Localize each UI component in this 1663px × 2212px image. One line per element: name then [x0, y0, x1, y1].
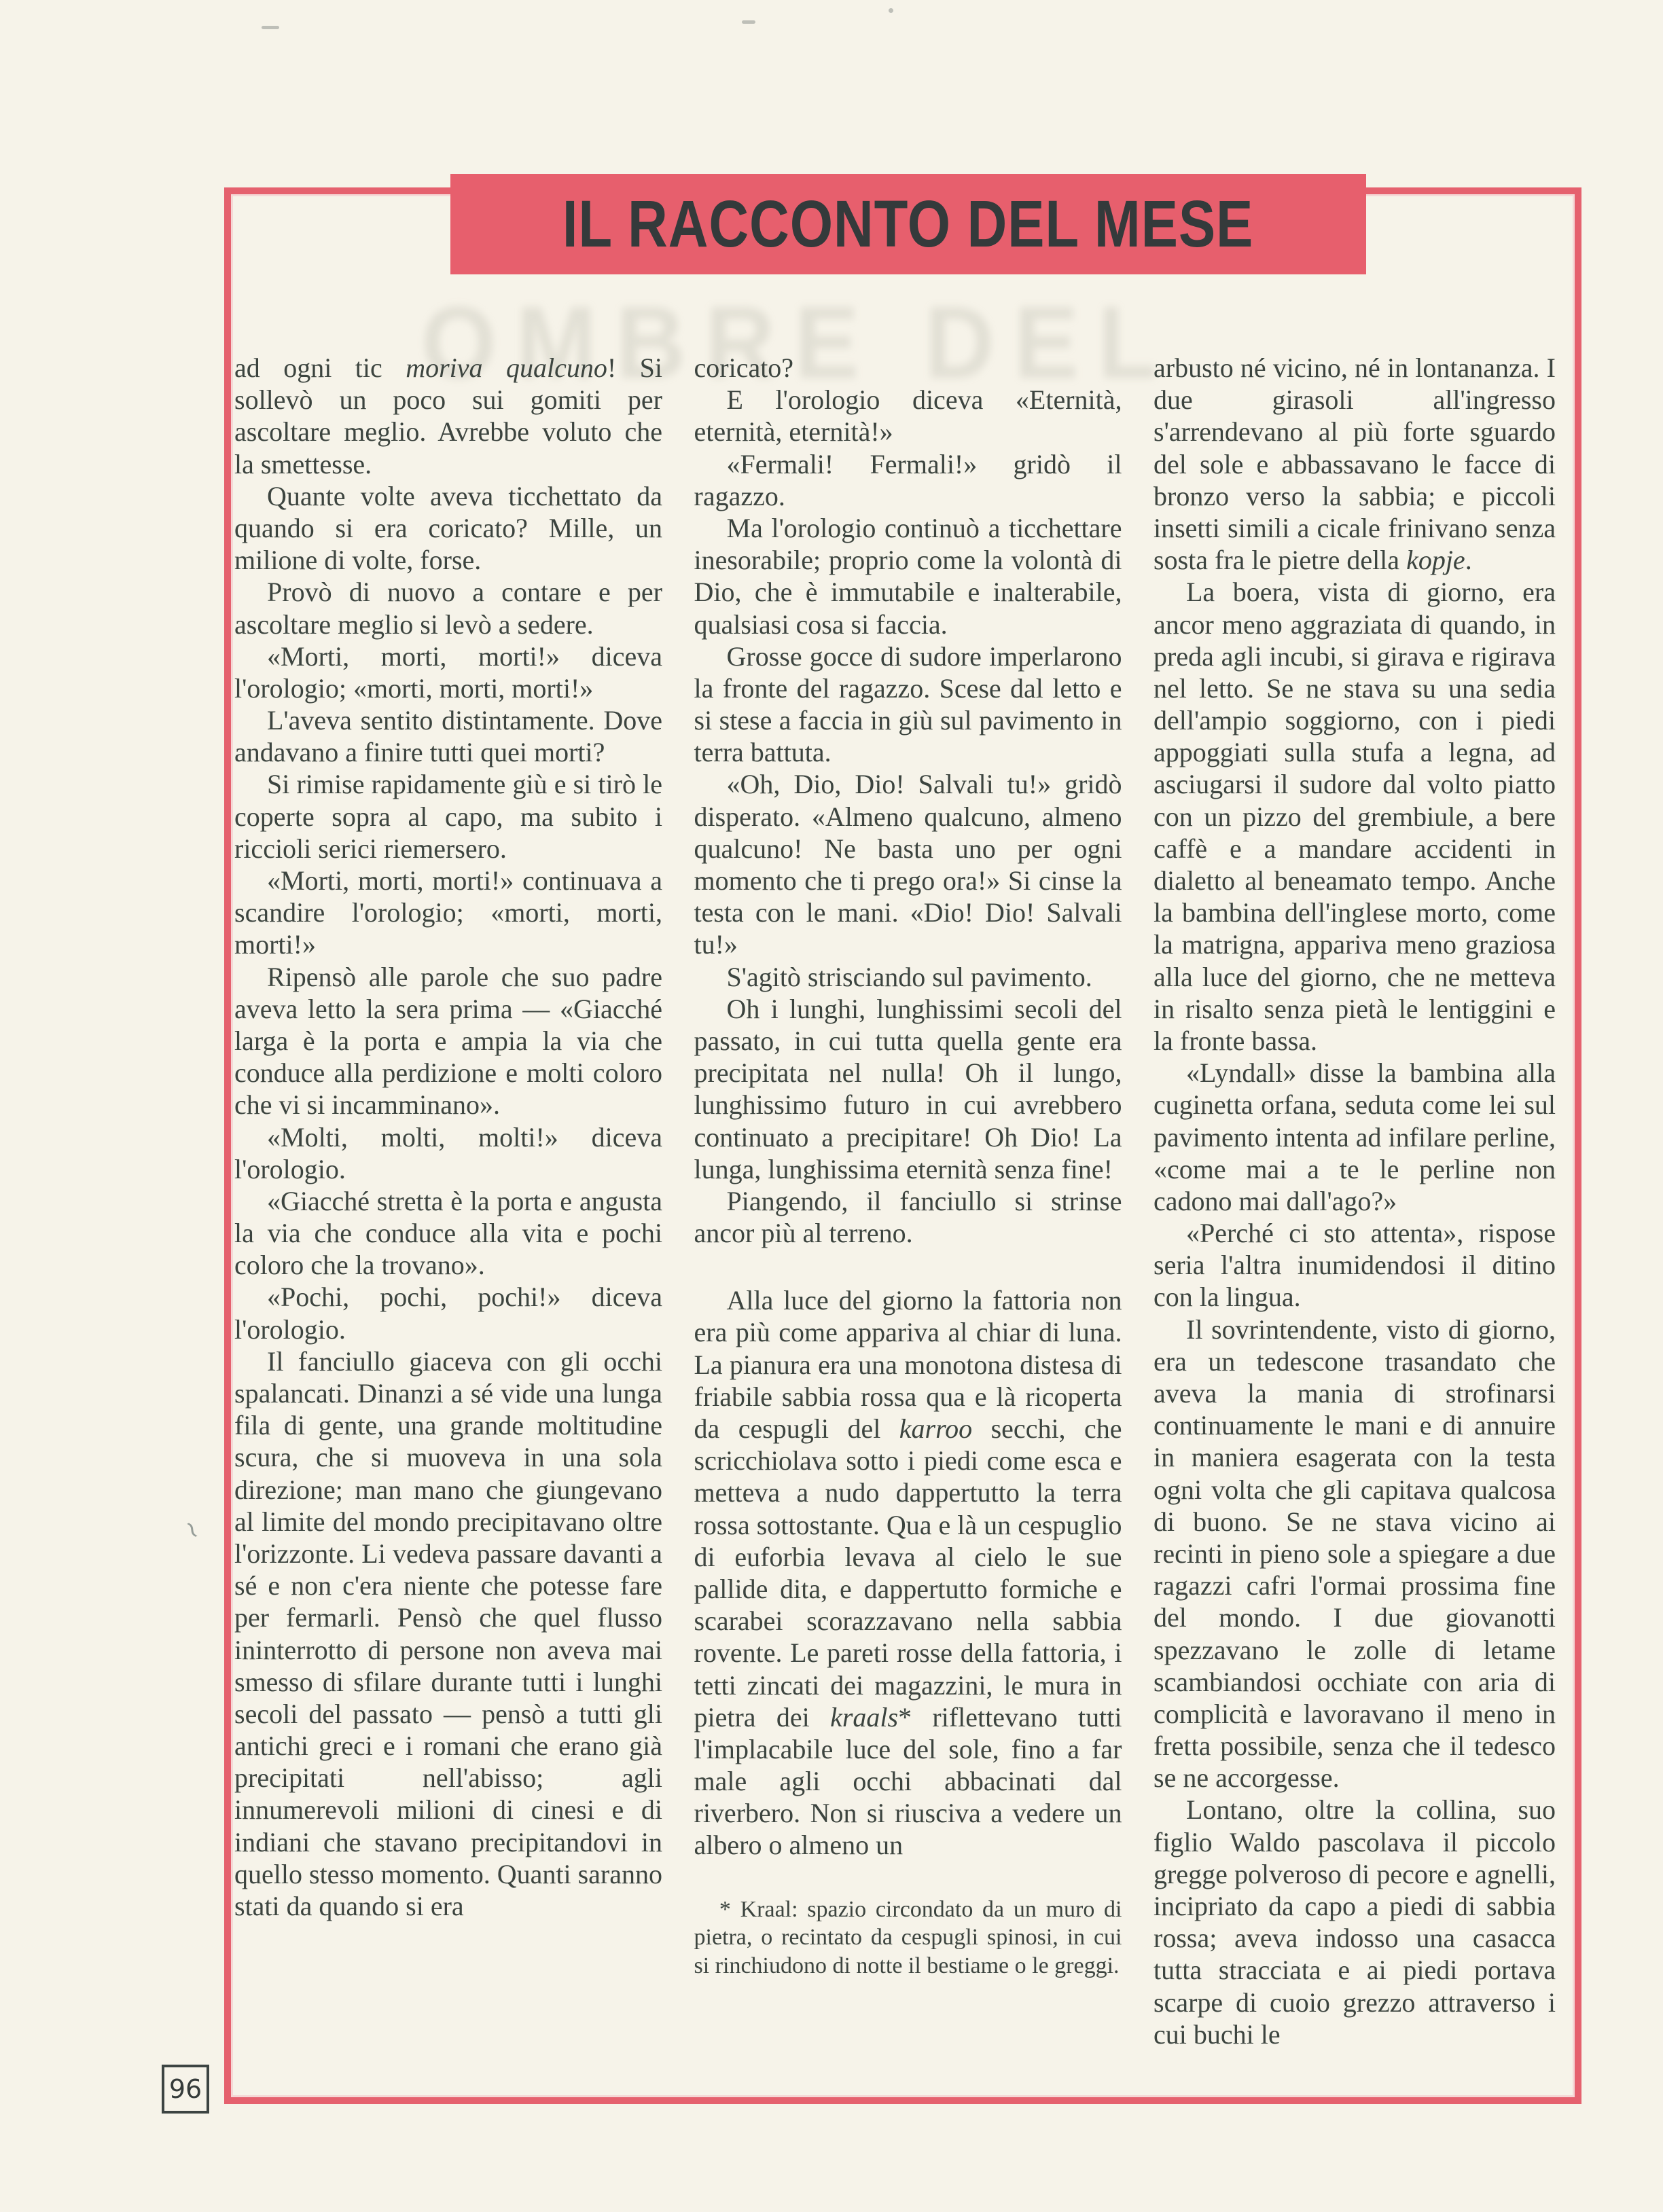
column-3: arbusto né vicino, né in lontananza. I d…: [1154, 352, 1556, 2097]
scan-speck: [742, 20, 755, 24]
paragraph: Lontano, oltre la collina, suo figlio Wa…: [1154, 1794, 1556, 2050]
paragraph: Piangendo, il fanciullo si strinse ancor…: [694, 1185, 1122, 1249]
paragraph: Oh i lunghi, lunghissimi secoli del pass…: [694, 993, 1122, 1185]
scan-speck: [262, 26, 279, 29]
paragraph: S'agitò strisciando sul pavimento.: [694, 961, 1122, 993]
footnote-kraal: * Kraal: spazio circondato da un muro di…: [694, 1896, 1122, 1980]
paragraph: «Lyndall» disse la bambina alla cuginett…: [1154, 1057, 1556, 1217]
page-number-box: 96: [162, 2065, 209, 2114]
paragraph: «Pochi, pochi, pochi!» diceva l'orologio…: [234, 1281, 662, 1345]
column-2: coricato? E l'orologio diceva «Eternità,…: [694, 352, 1122, 2097]
paragraph: L'aveva sentito distintamente. Dove anda…: [234, 704, 662, 768]
scan-speck: [889, 8, 893, 13]
paragraph: arbusto né vicino, né in lontananza. I d…: [1154, 352, 1556, 576]
paragraph: «Oh, Dio, Dio! Salvali tu!» gridò disper…: [694, 768, 1122, 960]
paragraph: Alla luce del giorno la fattoria non era…: [694, 1284, 1122, 1861]
paragraph: ad ogni tic moriva qualcuno! Si sollevò …: [234, 352, 662, 480]
paragraph: Provò di nuovo a contare e per ascoltare…: [234, 576, 662, 640]
paragraph: «Morti, morti, morti!» continuava a scan…: [234, 865, 662, 961]
paragraph: Il fanciullo giaceva con gli occhi spala…: [234, 1345, 662, 1922]
paragraph: La boera, vista di giorno, era ancor men…: [1154, 576, 1556, 1057]
column-1: ad ogni tic moriva qualcuno! Si sollevò …: [234, 352, 662, 2097]
paragraph: coricato?: [694, 352, 1122, 384]
paragraph: Ripensò alle parole che suo padre aveva …: [234, 961, 662, 1121]
paragraph: Grosse gocce di sudore imperlarono la fr…: [694, 640, 1122, 769]
paragraph: Quante volte aveva ticchettato da quando…: [234, 480, 662, 577]
text-columns: ad ogni tic moriva qualcuno! Si sollevò …: [234, 352, 1556, 2097]
pencil-mark: ~: [175, 1515, 209, 1545]
paragraph: «Perché ci sto attenta», rispose seria l…: [1154, 1217, 1556, 1313]
paragraph: «Giacché stretta è la porta e angusta la…: [234, 1185, 662, 1282]
page-number: 96: [169, 2074, 202, 2104]
paragraph: Si rimise rapidamente giù e si tirò le c…: [234, 768, 662, 865]
paragraph: «Fermali! Fermali!» gridò il ragazzo.: [694, 448, 1122, 512]
paragraph: «Molti, molti, molti!» diceva l'orologio…: [234, 1121, 662, 1185]
section-banner: IL RACCONTO DEL MESE: [450, 174, 1366, 274]
paragraph: «Morti, morti, morti!» diceva l'orologio…: [234, 640, 662, 704]
paragraph: E l'orologio diceva «Eternità, eternità,…: [694, 384, 1122, 448]
paragraph: Il sovrintendente, visto di giorno, era …: [1154, 1313, 1556, 1794]
section-title: IL RACCONTO DEL MESE: [562, 186, 1253, 262]
paragraph: Ma l'orologio continuò a ticchettare ine…: [694, 512, 1122, 640]
